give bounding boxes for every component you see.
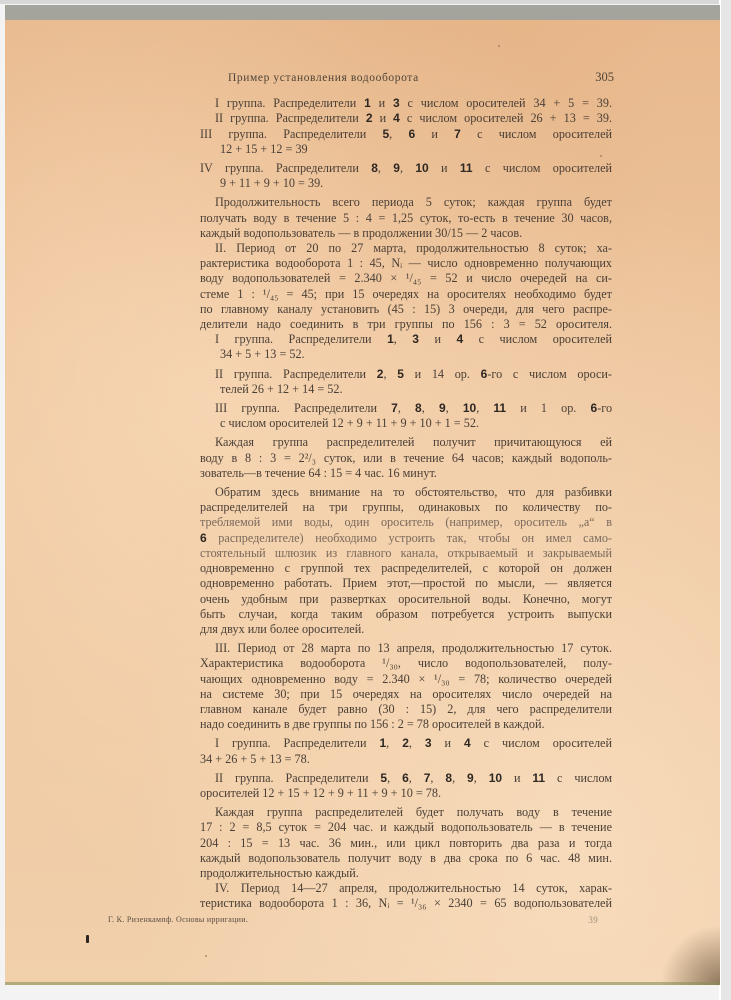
distributor-number: 3	[412, 332, 419, 346]
distributor-number: 6	[200, 531, 207, 545]
text-run: и 1 ор.	[506, 401, 590, 415]
text-run: быть случаи, когда таким образом потребу…	[200, 607, 612, 621]
page-bottom-edge	[5, 982, 720, 985]
text-line: чающих одновременно воду = 2.340 × ¹/₃₀ …	[200, 672, 612, 687]
text-run: ,	[400, 161, 415, 175]
text-line: требляемой ими воды, один ороситель (нап…	[200, 515, 612, 530]
paper-speck	[205, 955, 207, 957]
text-line: зователь—в течение 64 : 15 = 4 час. 16 м…	[200, 466, 612, 481]
text-line: делители надо соединить в три группы по …	[200, 317, 612, 332]
text-run: ,	[394, 332, 413, 346]
text-run: чающих одновременно воду = 2.340 × ¹/₃₀ …	[200, 672, 612, 686]
text-run: телей 26 + 12 + 14 = 52.	[220, 382, 343, 396]
text-line: II группа. Распределители 5, 6, 7, 8, 9,…	[200, 771, 612, 786]
text-line: I группа. Распределители 1 и 3 с числом …	[200, 96, 612, 111]
text-run: ,	[422, 401, 439, 415]
text-line: III. Период от 28 марта по 13 апреля, пр…	[200, 641, 612, 656]
text-run: каждый водопользователь получит воду в д…	[200, 851, 612, 865]
text-run: зователь—в течение 64 : 15 = 4 час. 16 м…	[200, 466, 437, 480]
text-run: с числом оросителей	[461, 127, 612, 141]
distributor-number: 11	[493, 401, 506, 415]
text-run: надо соединить в две группы по 156 : 2 =…	[200, 717, 545, 731]
text-line: стоятельный шлюзик из главного канала, о…	[200, 546, 612, 561]
text-line: одновременно с группой тех распределител…	[200, 561, 612, 576]
distributor-number: 10	[463, 401, 476, 415]
text-run: 9 + 11 + 9 + 10 = 39.	[220, 176, 323, 190]
text-run: ,	[409, 736, 425, 750]
text-run: ,	[389, 127, 408, 141]
text-run: II группа. Распределители	[215, 367, 377, 381]
text-line: Обратим здесь внимание на то обстоятельс…	[200, 485, 612, 500]
text-line: 204 : 15 = 13 час. 36 мин., или цикл пов…	[200, 836, 612, 851]
distributor-number: 9	[439, 401, 446, 415]
page-number: 305	[595, 70, 614, 85]
text-line: воду водопользователей = 2.340 × ¹/₄₅ = …	[200, 271, 612, 286]
text-run: с числом оросителей 12 + 9 + 11 + 9 + 10…	[220, 416, 479, 430]
page-top-shadow	[5, 5, 720, 20]
text-run: рактеристика водооборота 1 : 45, Nᵢ — чи…	[200, 256, 612, 270]
page-footer: Г. К. Ризенкампф. Основы ирригации. 39	[108, 915, 598, 925]
text-line: каждый водопользователь — в продолжении …	[200, 226, 612, 241]
text-run: IV. Период 14—27 апреля, продолжительнос…	[215, 881, 612, 895]
text-run: I группа. Распределители	[215, 332, 387, 346]
text-line: оросителей 12 + 15 + 12 + 9 + 11 + 9 + 1…	[200, 786, 612, 801]
distributor-number: 8	[415, 401, 422, 415]
text-run: Продолжительность всего периода 5 суток;…	[215, 195, 612, 209]
text-run: одновременно с группой тех распределител…	[200, 561, 612, 575]
text-run: ,	[409, 771, 424, 785]
text-line: Каждая группа распределителей будет полу…	[200, 805, 612, 820]
text-run: 12 + 15 + 12 = 39	[220, 142, 308, 156]
signature-mark: 39	[588, 915, 598, 925]
page-corner-shadow	[660, 925, 720, 985]
text-line: одновременно работать. Прием этот,—прост…	[200, 576, 612, 591]
text-run: с числом оросителей 26 + 13 = 39.	[400, 111, 612, 125]
text-run: ,	[446, 401, 463, 415]
text-line: IV. Период 14—27 апреля, продолжительнос…	[200, 881, 612, 896]
text-line: Характеристика водооборота ¹/₃₀, число в…	[200, 656, 612, 671]
text-run: и	[502, 771, 532, 785]
text-line: быть случаи, когда таким образом потребу…	[200, 607, 612, 622]
distributor-number: 6	[402, 771, 409, 785]
text-run: ,	[386, 736, 402, 750]
text-run: с числом оросителей	[463, 332, 612, 346]
text-run: стоятельный шлюзик из главного канала, о…	[200, 546, 612, 560]
distributor-number: 7	[454, 127, 461, 141]
running-head: Пример установления водооборота 305	[228, 70, 612, 86]
text-run: делители надо соединить в три группы по …	[200, 317, 612, 331]
text-run: и	[415, 127, 454, 141]
text-run: с числом	[545, 771, 612, 785]
text-run: и 14 ор.	[404, 367, 481, 381]
text-line: I группа. Распределители 1, 2, 3 и 4 с ч…	[200, 736, 612, 751]
text-run: с числом оросителей 34 + 5 = 39.	[400, 96, 612, 110]
text-run: очень удобным при развертках оросительно…	[200, 592, 612, 606]
text-run: Каждая группа распределителей получит пр…	[215, 435, 612, 449]
text-run: 17 : 2 = 8,5 суток = 204 час. и каждый в…	[200, 820, 612, 834]
text-run: IV группа. Распределители	[200, 161, 371, 175]
distributor-number: 9	[393, 161, 400, 175]
text-run: II. Период от 20 по 27 марта, продолжите…	[215, 241, 612, 255]
text-line: I группа. Распределители 1, 3 и 4 с числ…	[200, 332, 612, 347]
text-run: III. Период от 28 марта по 13 апреля, пр…	[215, 641, 612, 655]
text-run: требляемой ими воды, один ороситель (нап…	[200, 515, 612, 529]
text-run: продолжительностью каждый.	[200, 866, 359, 880]
text-line: главном канале будет равно (30 : 15) 2, …	[200, 702, 612, 717]
paper-speck	[498, 45, 500, 47]
text-line: III группа. Распределители 5, 6 и 7 с чи…	[200, 127, 612, 142]
text-run: ,	[452, 771, 467, 785]
text-run: Каждая группа распределителей будет полу…	[215, 805, 612, 819]
text-run: I группа. Распределители	[215, 96, 364, 110]
text-run: получать воду в течение 5 : 4 = 1,25 сут…	[200, 211, 612, 225]
text-run: ,	[476, 401, 493, 415]
text-line: Продолжительность всего периода 5 суток;…	[200, 195, 612, 210]
scan-frame-right	[719, 0, 731, 1000]
text-run: и	[429, 161, 460, 175]
text-line: 9 + 11 + 9 + 10 = 39.	[200, 176, 612, 191]
text-run: III группа. Распределители	[200, 127, 382, 141]
text-line: для двух или более оросителей.	[200, 622, 612, 637]
distributor-number: 5	[397, 367, 404, 381]
text-run: и	[419, 332, 457, 346]
running-head-title: Пример установления водооборота	[228, 71, 419, 86]
distributor-number: 8	[371, 161, 378, 175]
text-line: распределителей на три группы, одинаковы…	[200, 500, 612, 515]
text-run: ,	[474, 771, 489, 785]
text-line: III группа. Распределители 7, 8, 9, 10, …	[200, 401, 612, 416]
text-line: II группа. Распределители 2 и 4 с числом…	[200, 111, 612, 126]
distributor-number: 4	[393, 111, 400, 125]
text-line: по главному каналу установить (45 : 15) …	[200, 302, 612, 317]
text-line: Каждая группа распределителей получит пр…	[200, 435, 612, 450]
text-run: ,	[398, 401, 415, 415]
distributor-number: 2	[402, 736, 409, 750]
text-run: и	[432, 736, 464, 750]
text-run: оросителей 12 + 15 + 12 + 9 + 11 + 9 + 1…	[200, 786, 441, 800]
distributor-number: 1	[364, 96, 371, 110]
distributor-number: 2	[366, 111, 373, 125]
text-run: Обратим здесь внимание на то обстоятельс…	[215, 485, 612, 499]
distributor-number: 1	[387, 332, 394, 346]
scan-frame-top	[0, 0, 731, 4]
text-run: каждый водопользователь — в продолжении …	[200, 226, 522, 240]
ink-mark	[86, 935, 89, 943]
text-run: 204 : 15 = 13 час. 36 мин., или цикл пов…	[200, 836, 612, 850]
text-line: II. Период от 20 по 27 марта, продолжите…	[200, 241, 612, 256]
distributor-number: 10	[489, 771, 502, 785]
text-run: ,	[430, 771, 445, 785]
text-run: II группа. Распределители	[215, 771, 380, 785]
distributor-number: 3	[393, 96, 400, 110]
text-run: ,	[378, 161, 393, 175]
text-run: 34 + 5 + 13 = 52.	[220, 347, 305, 361]
text-run: ,	[383, 367, 397, 381]
text-line: IV группа. Распределители 8, 9, 10 и 11 …	[200, 161, 612, 176]
text-line: II группа. Распределители 2, 5 и 14 ор. …	[200, 367, 612, 382]
distributor-number: 11	[532, 771, 545, 785]
text-run: ,	[387, 771, 402, 785]
text-line: надо соединить в две группы по 156 : 2 =…	[200, 717, 612, 732]
text-run: I группа. Распределители	[215, 736, 379, 750]
text-run: с числом оросителей	[471, 736, 612, 750]
distributor-number: 9	[467, 771, 474, 785]
text-run: теристика водооборота 1 : 36, Nᵢ = ¹/₃₆ …	[200, 896, 612, 910]
distributor-number: 11	[460, 161, 473, 175]
distributor-number: 3	[425, 736, 432, 750]
text-run: -го с числом ороси-	[487, 367, 612, 381]
distributor-number: 10	[415, 161, 428, 175]
text-run: Характеристика водооборота ¹/₃₀, число в…	[200, 656, 612, 670]
text-line: воду в 8 : 3 = 2²/₃ суток, или в течение…	[200, 451, 612, 466]
text-run: -го	[597, 401, 612, 415]
text-run: воду водопользователей = 2.340 × ¹/₄₅ = …	[200, 271, 612, 285]
text-line: продолжительностью каждый.	[200, 866, 612, 881]
distributor-number: 7	[391, 401, 398, 415]
text-run: с числом оросителей	[473, 161, 612, 175]
text-run: главном канале будет равно (30 : 15) 2, …	[200, 702, 612, 716]
text-line: теристика водооборота 1 : 36, Nᵢ = ¹/₃₆ …	[200, 896, 612, 911]
text-line: получать воду в течение 5 : 4 = 1,25 сут…	[200, 211, 612, 226]
distributor-number: 4	[464, 736, 471, 750]
text-line: каждый водопользователь получит воду в д…	[200, 851, 612, 866]
text-run: на системе 30; при 15 очередях на оросит…	[200, 687, 612, 701]
text-line: 34 + 5 + 13 = 52.	[200, 347, 612, 362]
text-line: 17 : 2 = 8,5 суток = 204 час. и каждый в…	[200, 820, 612, 835]
text-run: по главному каналу установить (45 : 15) …	[200, 302, 612, 316]
text-run: II группа. Распределители	[215, 111, 366, 125]
text-line: 6 распределителе) необходимо устроить та…	[200, 531, 612, 546]
text-run: 34 + 26 + 5 + 13 = 78.	[200, 752, 310, 766]
page-text: Пример установления водооборота 305 I гр…	[200, 70, 612, 912]
footer-author-title: Г. К. Ризенкампф. Основы ирригации.	[108, 915, 248, 925]
text-line: стеме 1 : ¹/₄₅ = 45; при 15 очередях на …	[200, 287, 612, 302]
text-run: для двух или более оросителей.	[200, 622, 364, 636]
text-line: 34 + 26 + 5 + 13 = 78.	[200, 752, 612, 767]
text-run: распределителе) необходимо устроить так,…	[207, 531, 612, 545]
text-run: воду в 8 : 3 = 2²/₃ суток, или в течение…	[200, 451, 612, 465]
text-line: очень удобным при развертках оросительно…	[200, 592, 612, 607]
text-run: стеме 1 : ¹/₄₅ = 45; при 15 очередях на …	[200, 287, 612, 301]
text-run: III группа. Распределители	[215, 401, 391, 415]
text-run: и	[371, 96, 393, 110]
text-line: на системе 30; при 15 очередях на оросит…	[200, 687, 612, 702]
text-run: и	[373, 111, 394, 125]
text-line: 12 + 15 + 12 = 39	[200, 142, 612, 157]
text-run: распределителей на три группы, одинаковы…	[200, 500, 612, 514]
body-text: I группа. Распределители 1 и 3 с числом …	[200, 96, 612, 911]
text-line: рактеристика водооборота 1 : 45, Nᵢ — чи…	[200, 256, 612, 271]
text-run: одновременно работать. Прием этот,—прост…	[200, 576, 612, 590]
text-line: телей 26 + 12 + 14 = 52.	[200, 382, 612, 397]
text-line: с числом оросителей 12 + 9 + 11 + 9 + 10…	[200, 416, 612, 431]
